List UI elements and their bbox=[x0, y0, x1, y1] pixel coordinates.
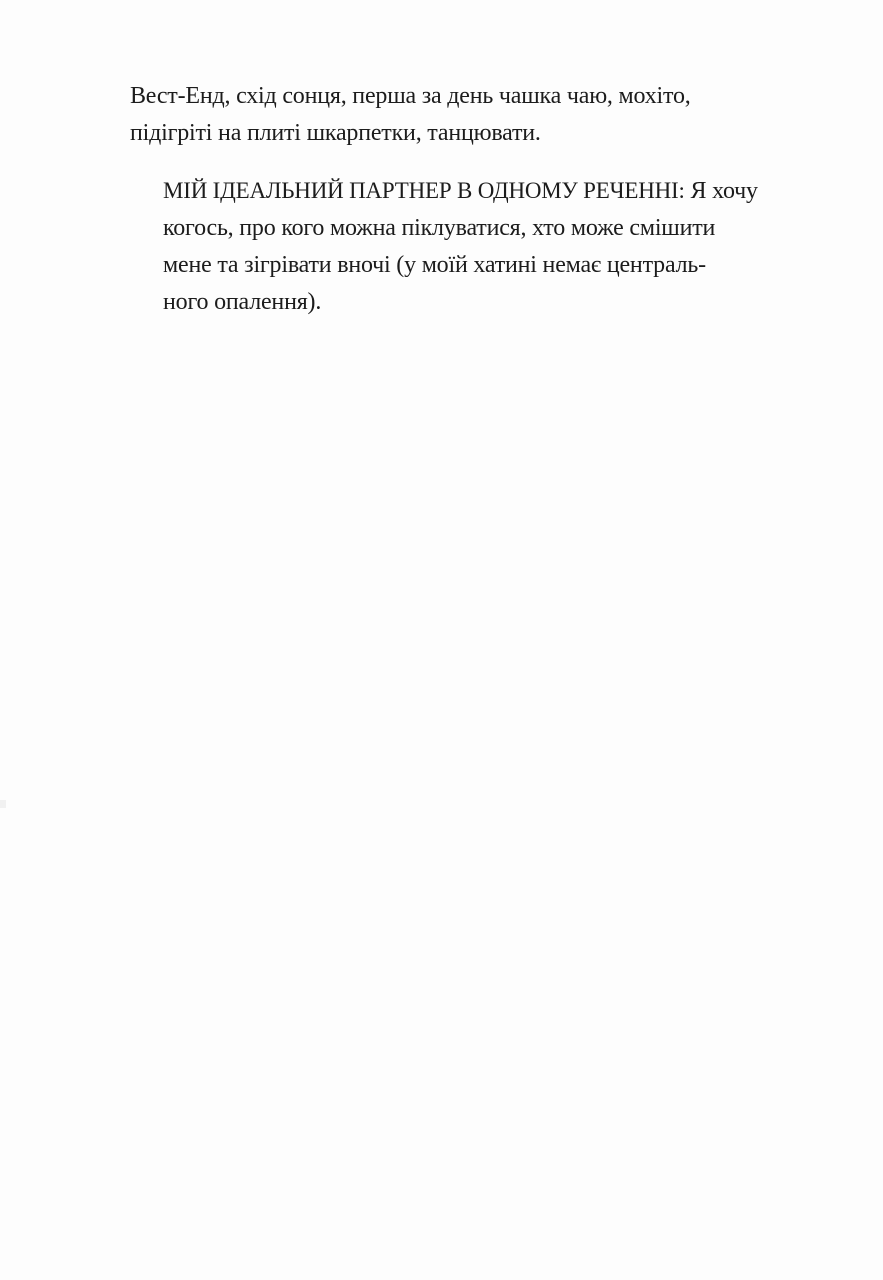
text-line: підігріті на плиті шкарпетки, танцювати. bbox=[130, 115, 820, 152]
text-line: МІЙ ІДЕАЛЬНИЙ ПАРТНЕР В ОДНОМУ РЕЧЕННІ: … bbox=[130, 172, 820, 210]
text-line: ного опалення). bbox=[130, 284, 820, 321]
text-line: Вест-Енд, схід сонця, перша за день чашк… bbox=[130, 78, 820, 115]
section-heading: МІЙ ІДЕАЛЬНИЙ ПАРТНЕР В ОДНОМУ РЕЧЕННІ: bbox=[163, 178, 685, 203]
paragraph-ideal-partner: МІЙ ІДЕАЛЬНИЙ ПАРТНЕР В ОДНОМУ РЕЧЕННІ: … bbox=[130, 172, 820, 321]
page-text: Вест-Енд, схід сонця, перша за день чашк… bbox=[130, 78, 820, 321]
book-page: Вест-Енд, схід сонця, перша за день чашк… bbox=[0, 0, 883, 1280]
paragraph-favorites: Вест-Енд, схід сонця, перша за день чашк… bbox=[130, 78, 820, 152]
text-line: мене та зігрівати вночі (у моїй хатині н… bbox=[130, 247, 820, 284]
scan-artifact bbox=[0, 800, 6, 808]
text-line: когось, про кого можна піклуватися, хто … bbox=[130, 210, 820, 247]
text-fragment: Я хочу bbox=[685, 178, 758, 204]
